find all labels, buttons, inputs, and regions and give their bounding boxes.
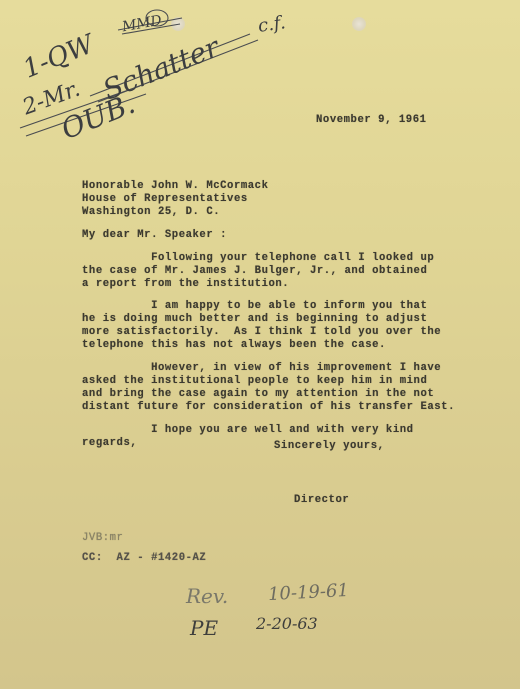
salutation: My dear Mr. Speaker : (82, 229, 227, 241)
paragraph-line: distant future for consideration of his … (82, 401, 455, 413)
signature-title: Director (294, 494, 349, 506)
paragraph-line: However, in view of his improvement I ha… (82, 362, 441, 374)
letter-date: November 9, 1961 (316, 114, 427, 126)
handwritten-cf: c.f. (257, 12, 287, 37)
closing: Sincerely yours, (274, 440, 385, 452)
paragraph-line: telephone this has not always been the c… (82, 339, 386, 351)
typist-initials: JVB:mr (82, 532, 123, 544)
paragraph-line: and bring the case again to my attention… (82, 388, 434, 400)
handwritten-rev-date: 10-19-61 (268, 580, 350, 605)
paragraph-line: regards, (82, 437, 137, 449)
paragraph-line: asked the institutional people to keep h… (82, 375, 427, 387)
recipient-line: Honorable John W. McCormack (82, 180, 269, 192)
recipient-line: Washington 25, D. C. (82, 206, 220, 218)
paragraph-line: more satisfactorily. As I think I told y… (82, 326, 441, 338)
letter-page: 1-QW MMD 2-Mr. Schatter c.f. OUB. Novemb… (0, 0, 520, 689)
carbon-copy-line: CC: AZ - #1420-AZ (82, 552, 206, 564)
paragraph-line: the case of Mr. James J. Bulger, Jr., an… (82, 265, 427, 277)
handwritten-rev-label: Rev. (186, 584, 228, 608)
paragraph-line: a report from the institution. (82, 278, 289, 290)
paragraph-line: I hope you are well and with very kind (82, 424, 414, 436)
paragraph-line: he is doing much better and is beginning… (82, 313, 427, 325)
paragraph-line: Following your telephone call I looked u… (82, 252, 434, 264)
recipient-line: House of Representatives (82, 193, 248, 205)
punch-hole (352, 17, 366, 31)
handwritten-pe-label: PE (190, 616, 218, 640)
handwritten-pe-date: 2-20-63 (256, 614, 318, 633)
paragraph-line: I am happy to be able to inform you that (82, 300, 427, 312)
